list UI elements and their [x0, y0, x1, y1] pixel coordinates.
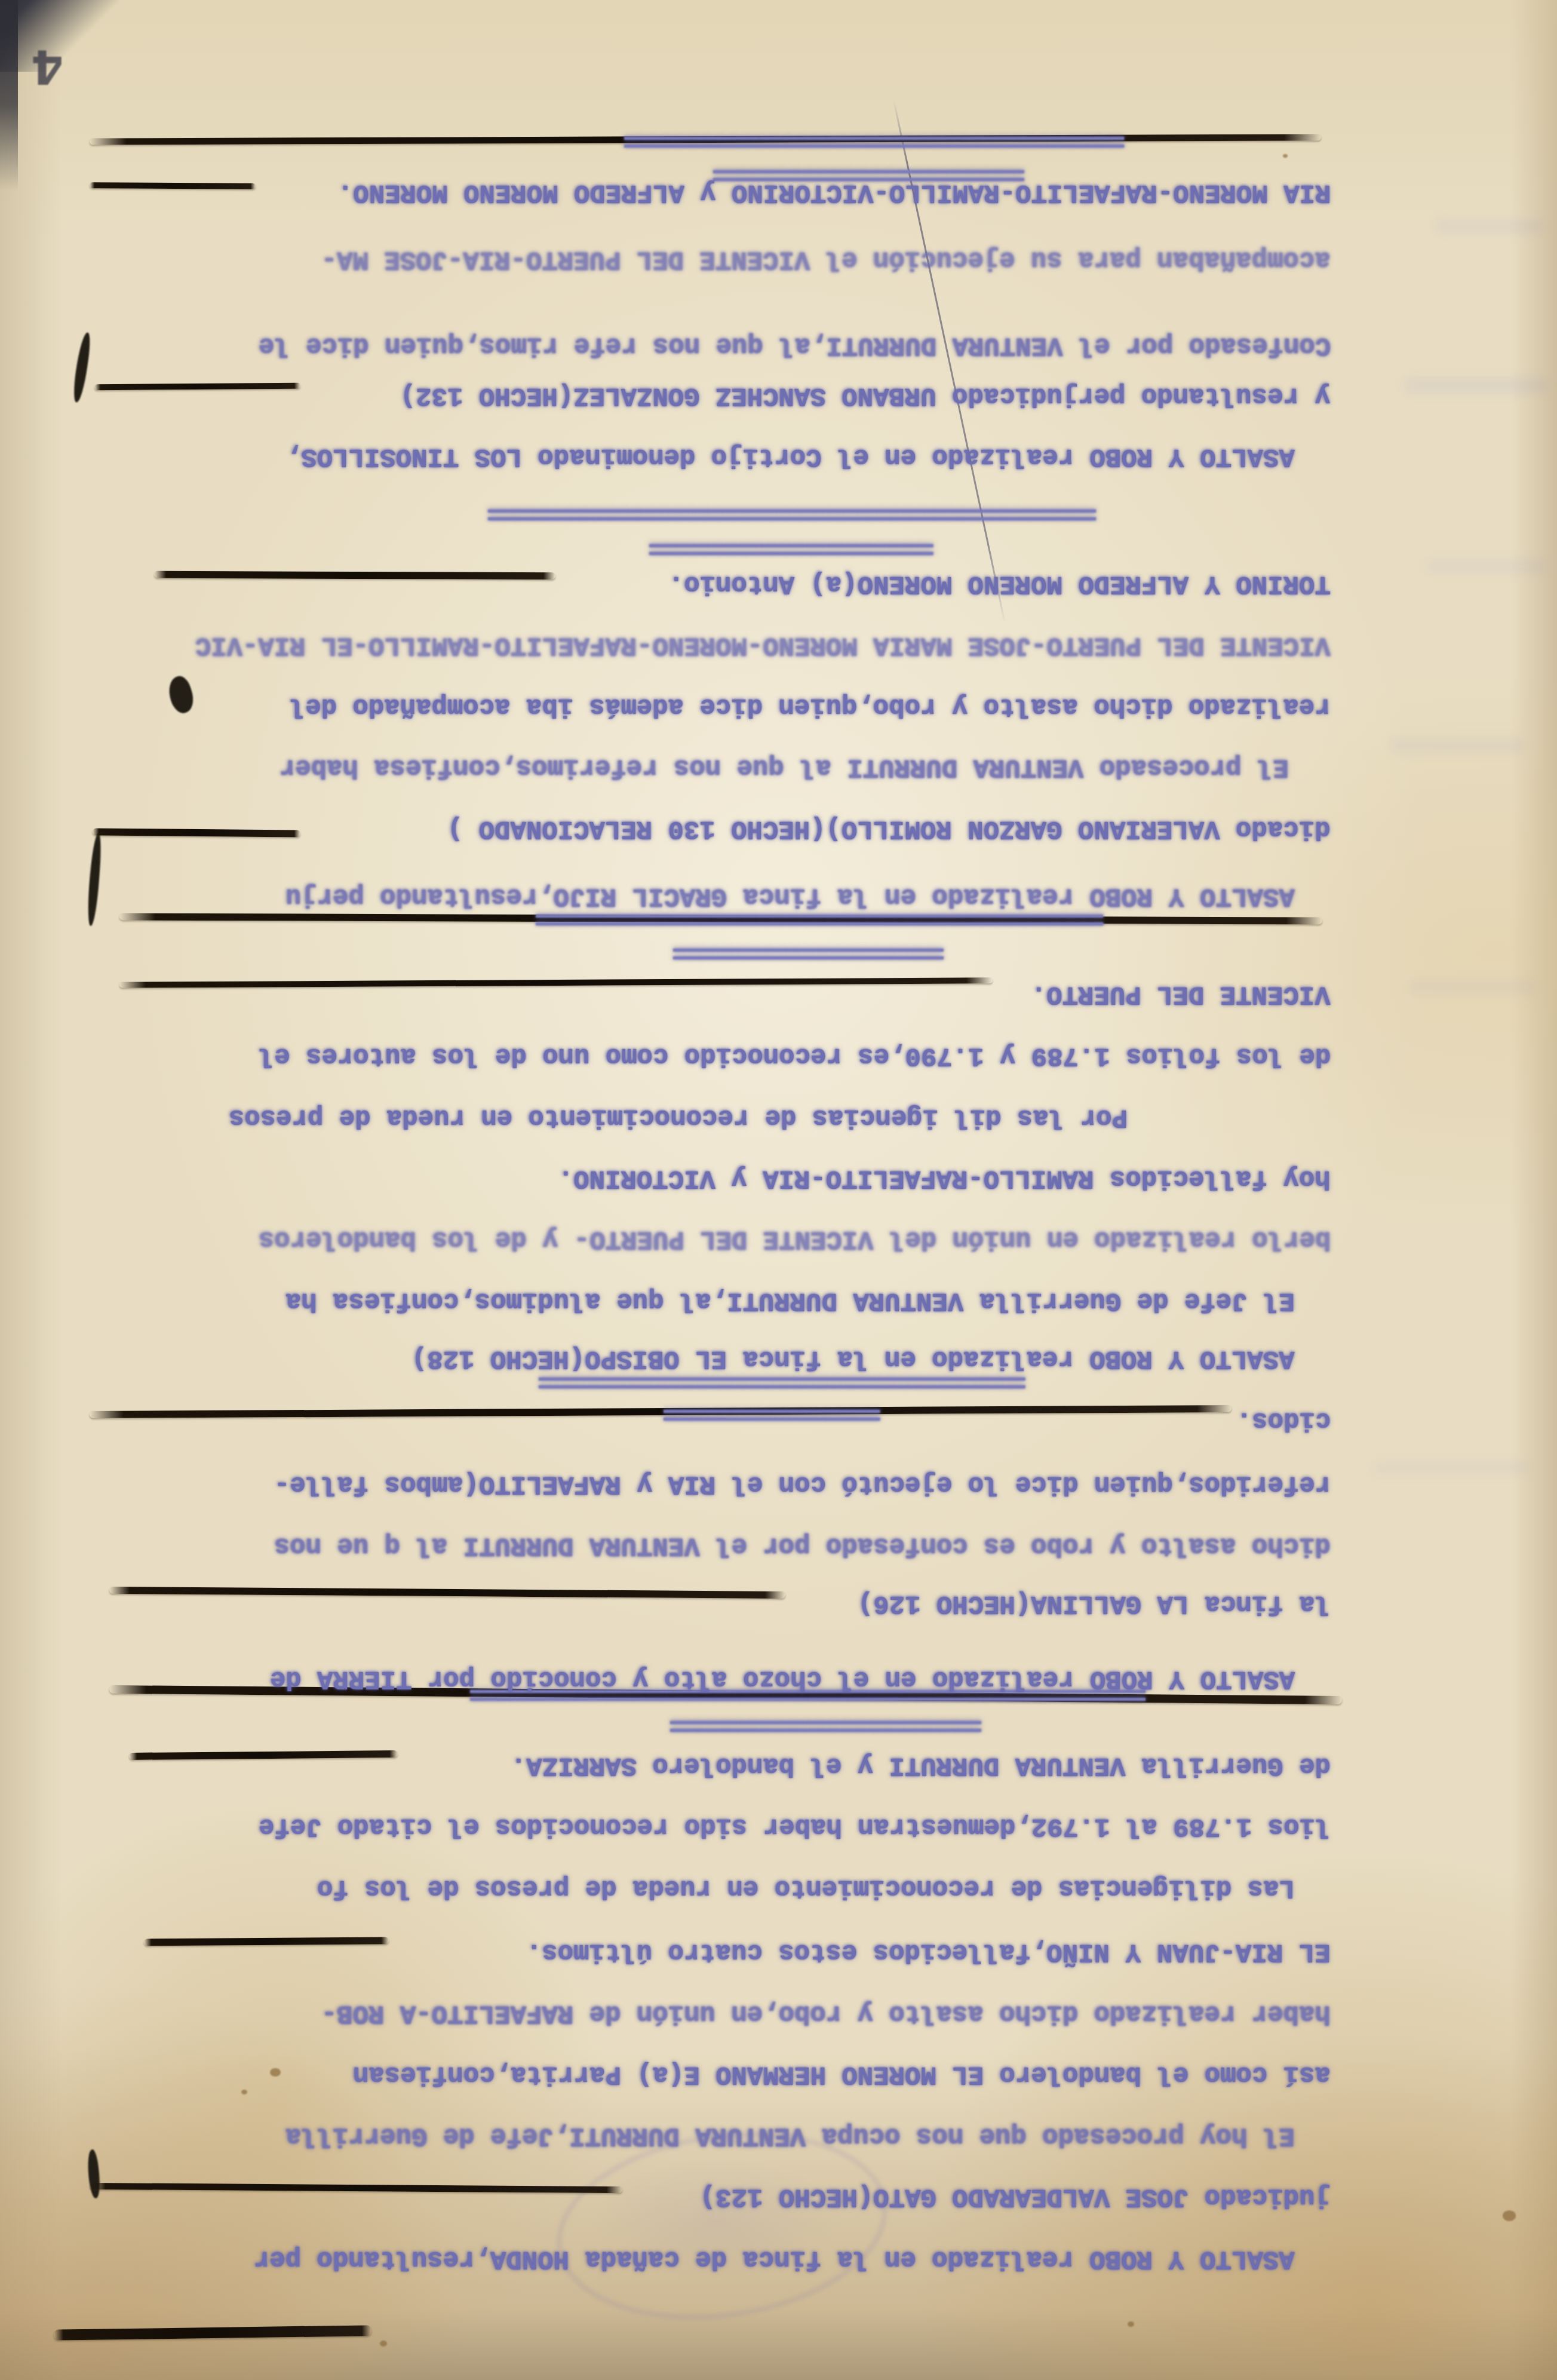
dash-separator: =======================: [672, 1709, 982, 1740]
pen-stroke: [94, 383, 300, 390]
typewritten-line: El hoy procesado que nos ocupa VENTURA D…: [285, 2118, 1295, 2153]
typewritten-line: RIA MORENO-RAFAELITO-RAMILLO-VICTORINO y…: [337, 175, 1331, 210]
typewritten-line: VICENTE DEL PUERTO-JOSE MARIA MORENO-MOR…: [195, 628, 1331, 663]
typewritten-line: cidos.: [1236, 1403, 1331, 1437]
typewritten-line: dicho asalto y robo es confesado por el …: [274, 1528, 1331, 1563]
typewritten-line: dicado VALERIANO GARZON ROMILLO)(HECHO 1…: [447, 811, 1331, 846]
typewritten-line: acompañaban para su ejecución el VICENTE…: [321, 242, 1331, 277]
pen-stroke: [119, 977, 993, 988]
dash-separator: ====================: [675, 936, 945, 967]
handwritten-numeral: 4: [31, 39, 63, 93]
stain-speck: [241, 2090, 247, 2094]
typewritten-line: y resultando perjudicado URBANO SANCHEZ …: [400, 378, 1331, 413]
typewritten-line: lios 1.789 al 1.792,demuestran haber sid…: [259, 1809, 1331, 1844]
typewritten-line: ASALTO Y ROBO realizado en el Cortijo de…: [285, 439, 1295, 474]
dash-separator: ================: [665, 1397, 882, 1428]
ink-bleed-ghost: [1409, 980, 1535, 994]
ink-bleed-ghost: [1427, 559, 1547, 573]
typewritten-line: berlo realizado en unión del VICENTE DEL…: [259, 1222, 1331, 1256]
pen-stroke: [154, 571, 555, 579]
dash-separator: ========================================…: [490, 497, 1097, 528]
typewritten-line: así como el bandolero EL MORENO HERMANO …: [353, 2057, 1331, 2091]
typewritten-line: haber realizado dicho asalto y robo,en u…: [321, 1996, 1331, 2031]
paper-tear: [86, 2149, 102, 2198]
typewritten-line: ASALTO Y ROBO realizado en la finca de c…: [254, 2241, 1295, 2276]
stain-speck: [1503, 2210, 1516, 2221]
page-edge-shadow: [0, 0, 18, 191]
typewritten-line: El Jefe de Guerrilla VENTURA DURRUTI,al …: [285, 1283, 1295, 1318]
ink-bleed-ghost: [1374, 1461, 1529, 1474]
typewritten-line: de los folios 1.789 y 1.790,es reconocid…: [259, 1038, 1331, 1073]
typewritten-line: VICENTE DEL PUERTO.: [1031, 977, 1331, 1011]
pen-stroke: [109, 1587, 785, 1599]
typewritten-line: El procesado VENTURA DURRUTI al que nos …: [280, 750, 1289, 784]
stain-speck: [1128, 2321, 1134, 2327]
stain-speck: [380, 2341, 387, 2347]
typewritten-line: de Guerrilla VENTURA DURRUTI y el bandol…: [511, 1748, 1331, 1783]
pen-stroke: [93, 828, 300, 837]
pen-stroke: [90, 2183, 622, 2193]
ink-bleed-ghost: [1392, 738, 1523, 753]
typewritten-line: judicado JOSE VALDEARADO GATO(HECHO 123): [700, 2179, 1331, 2214]
stain-speck: [1283, 154, 1288, 158]
paper-tear: [164, 674, 197, 716]
typewritten-line: Las diligencias de reconocimiento en rue…: [317, 1870, 1295, 1905]
typewritten-line: referidos,quien dice lo ejecutó con el R…: [274, 1467, 1331, 1501]
paper-tear: [72, 332, 92, 403]
typewritten-line: TORINO Y ALFREDO MORENO MORENO(a) Antoni…: [668, 566, 1331, 601]
typewritten-line: la finca LA GALLINA(HECHO 126): [858, 1586, 1331, 1621]
typewritten-line: ASALTO Y ROBO realizado en la finca GRAC…: [285, 879, 1295, 913]
typewritten-line: realizado dicho asalto y robo,quien dice…: [290, 689, 1331, 723]
pen-stroke: [144, 1937, 389, 1946]
dash-separator: =====================: [651, 532, 935, 563]
ink-bleed-ghost: [1436, 220, 1543, 233]
torn-corner-shadow: [0, 0, 149, 72]
scanned-document-page: ========================================…: [0, 0, 1557, 2380]
pen-stroke: [90, 182, 256, 189]
typewritten-line: EL RIA-JUAN Y NIÑO,fallecidos estos cuat…: [526, 1934, 1331, 1969]
typewritten-line: Confesado por el VENTURA DURRUTI,al que …: [259, 328, 1331, 363]
paper-tear: [87, 833, 103, 927]
typewritten-line: ASALTO Y ROBO realizado en la finca EL O…: [411, 1341, 1295, 1376]
dash-separator: =====================================: [626, 124, 1125, 155]
stain-speck: [270, 2068, 281, 2077]
pen-stroke: [90, 1405, 1232, 1418]
typewritten-line: Por las dil igencias de reconocimiento e…: [229, 1100, 1128, 1134]
pen-stroke: [54, 2325, 371, 2340]
typewritten-line: hoy fallecidos RAMILLO-RAFAELITO-RIA y V…: [558, 1161, 1331, 1195]
pen-stroke: [129, 1750, 398, 1760]
typewritten-line: ASALTO Y ROBO realizado en el chozo alto…: [270, 1661, 1295, 1696]
ink-bleed-ghost: [1405, 378, 1548, 393]
